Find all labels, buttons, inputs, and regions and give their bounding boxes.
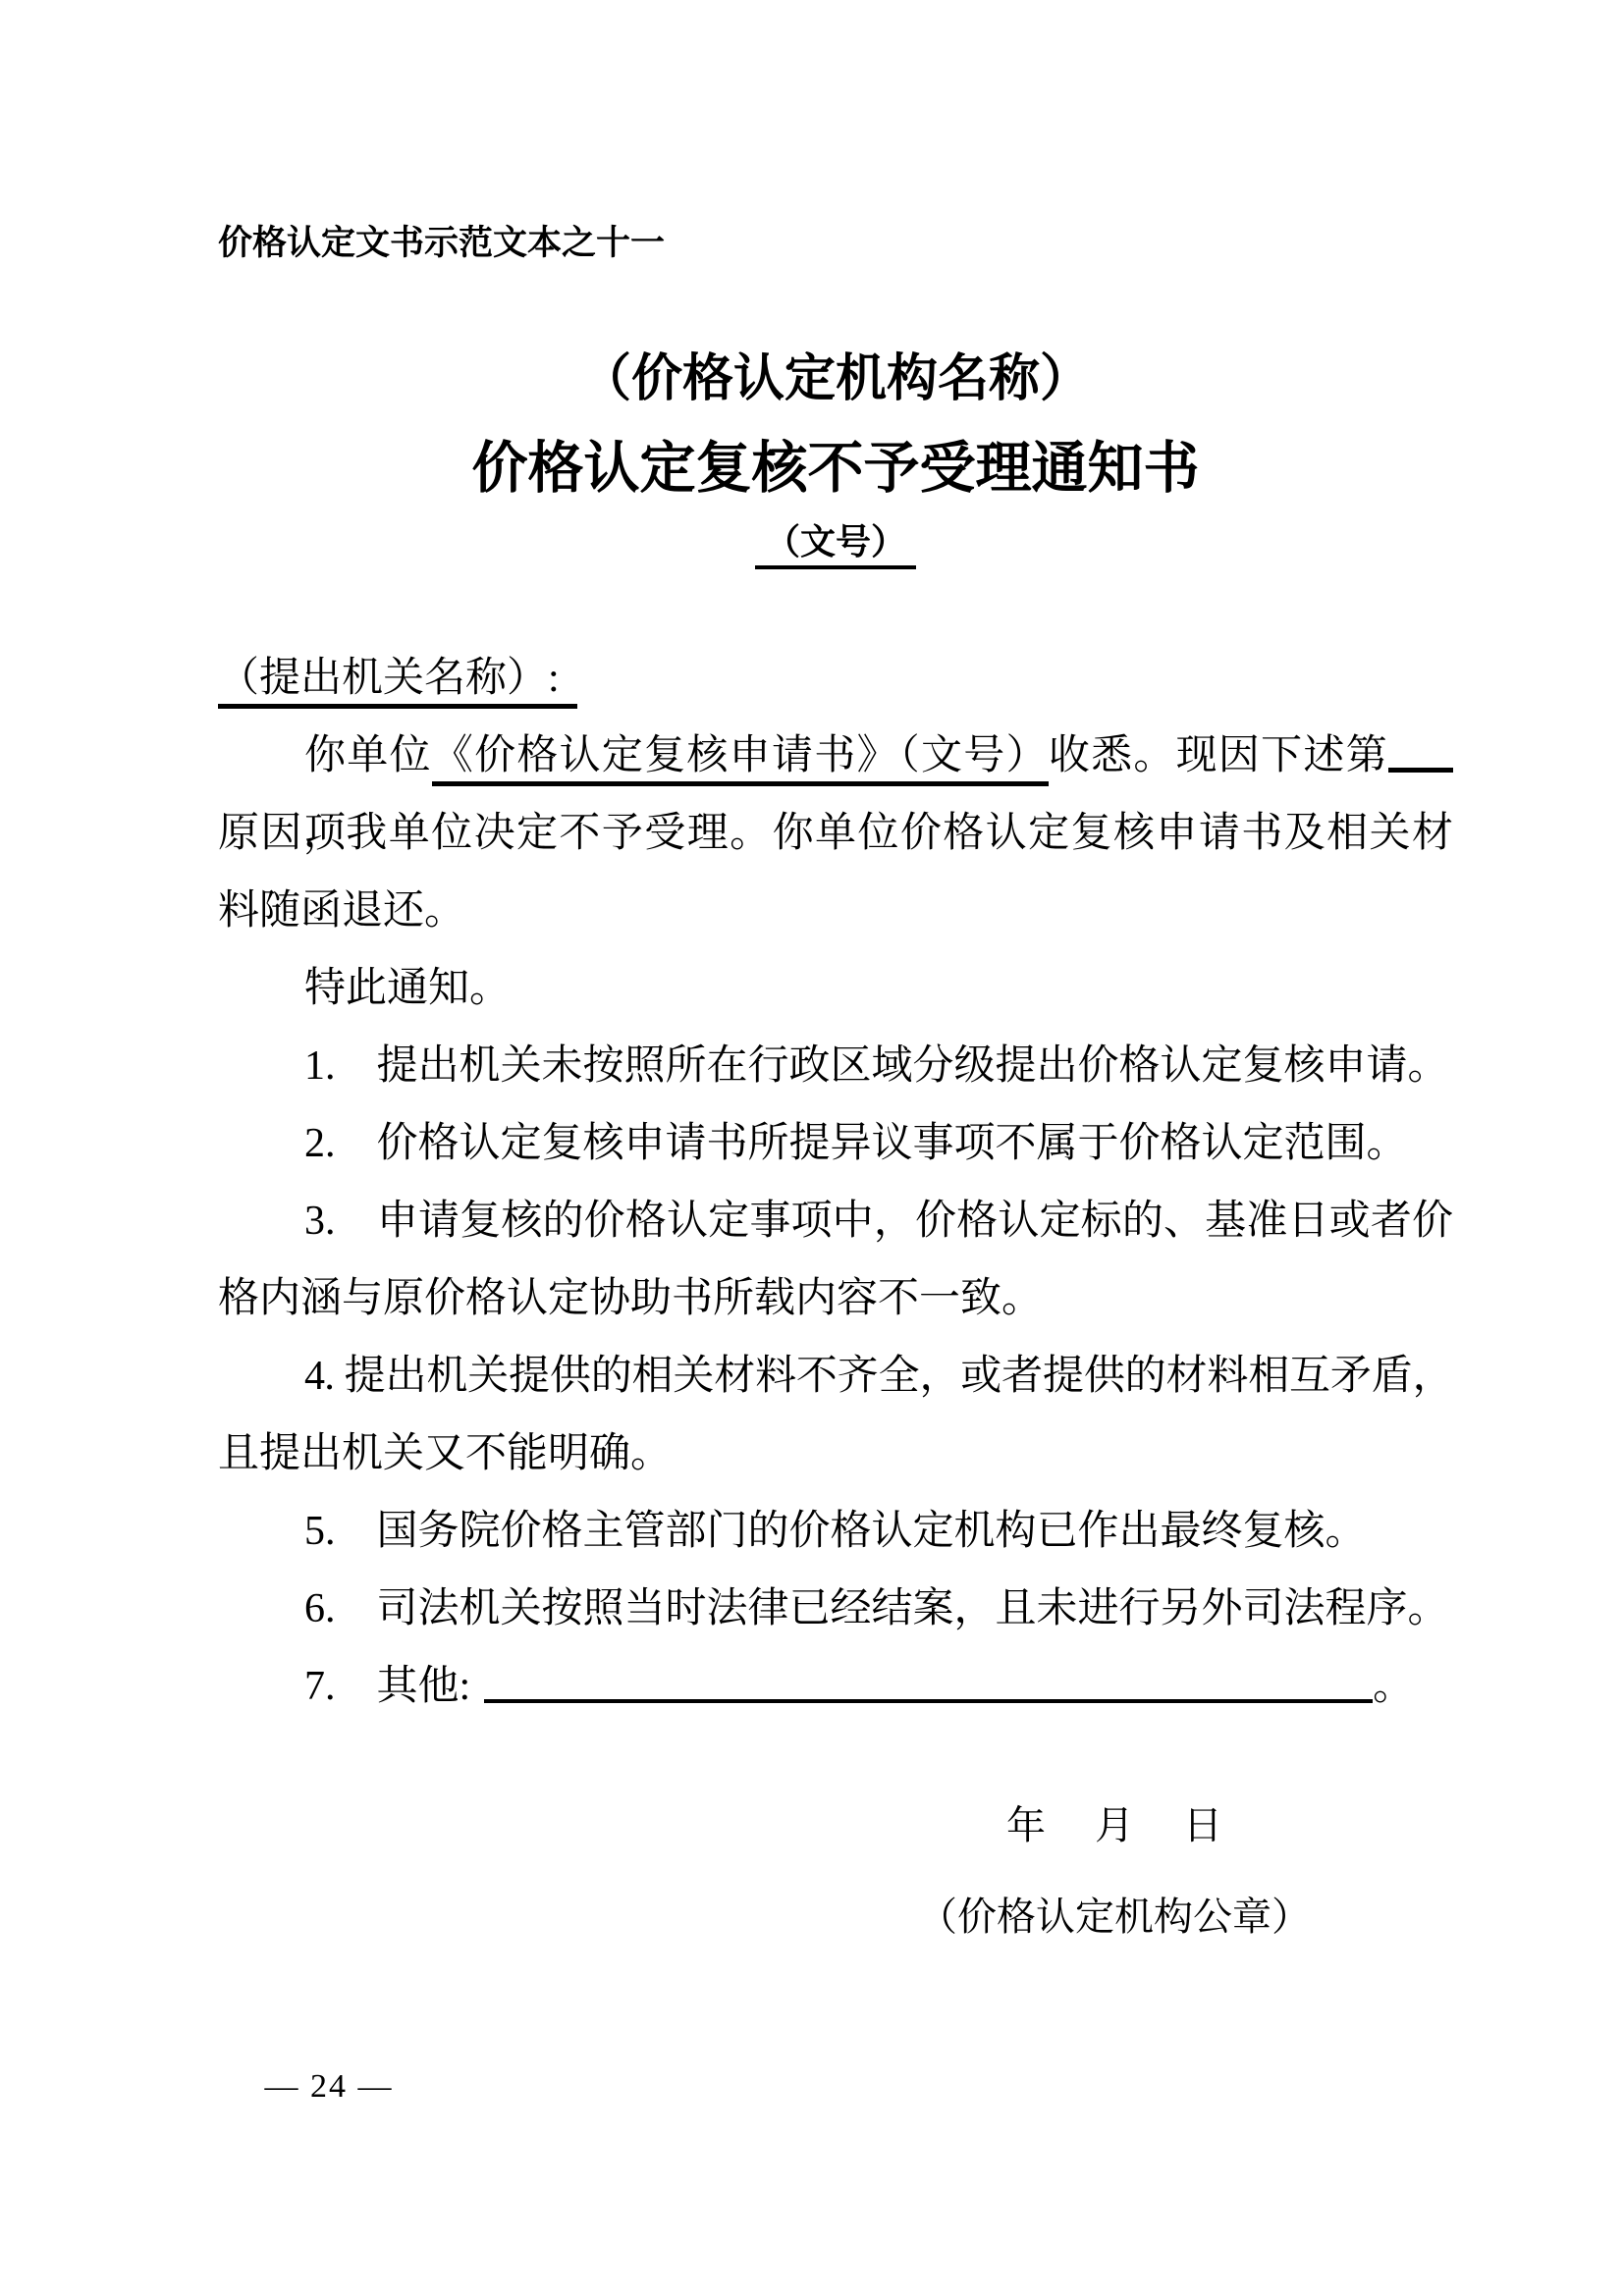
- salutation-line: （提出机关名称）:: [218, 640, 1453, 718]
- reason-5: 5. 国务院价格主管部门的价格认定机构已作出最终复核。: [218, 1493, 1453, 1571]
- page-number: — 24 —: [236, 2067, 422, 2107]
- seal-line: （价格认定机构公章）: [918, 1871, 1311, 1962]
- reason-4-line1: 4. 提出机关提供的相关材料不齐全，或者提供的材料相互矛盾，: [218, 1338, 1453, 1415]
- doc-title: 价格认定复核不予受理通知书: [218, 436, 1453, 503]
- reason-1: 1. 提出机关未按照所在行政区域分级提出价格认定复核申请。: [218, 1028, 1453, 1105]
- para1-line1: 你单位《价格认定复核申请书》（文号）收悉。现因下述第项: [218, 718, 1453, 795]
- item-number-blank: [1388, 766, 1453, 773]
- doc-number-placeholder: （文号）: [755, 522, 916, 569]
- doc-number-line: （文号）: [218, 518, 1453, 565]
- para1-line2: 原因，我单位决定不予受理。你单位价格认定复核申请书及相关材: [218, 795, 1453, 873]
- other-reason-blank: [484, 1697, 1373, 1703]
- para1-line3: 料随函退还。: [218, 873, 1453, 950]
- reason-7-period: 。: [1373, 1664, 1414, 1709]
- document-body: （提出机关名称）: 你单位《价格认定复核申请书》（文号）收悉。现因下述第项 原因…: [218, 640, 1453, 1726]
- date-line: 年 月 日: [918, 1780, 1311, 1871]
- reason-4-line2: 且提出机关又不能明确。: [218, 1415, 1453, 1493]
- notice-line: 特此通知。: [218, 950, 1453, 1028]
- reason-7: 7. 其他:。: [218, 1648, 1453, 1726]
- reason-6: 6. 司法机关按照当时法律已经结案，且未进行另外司法程序。: [218, 1571, 1453, 1648]
- document-page: 价格认定文书示范文本之十一 （价格认定机构名称） 价格认定复核不予受理通知书 （…: [0, 0, 1623, 2296]
- para1-lead: 你单位: [304, 733, 432, 778]
- reason-3-line1: 3. 申请复核的价格认定事项中，价格认定标的、基准日或者价: [218, 1183, 1453, 1260]
- reason-7-label: 7. 其他:: [304, 1664, 470, 1709]
- title-org-name-placeholder: （价格认定机构名称）: [218, 349, 1453, 410]
- signature-block: 年 月 日 （价格认定机构公章）: [918, 1780, 1311, 1962]
- reason-3-line2: 格内涵与原价格认定协助书所载内容不一致。: [218, 1260, 1453, 1338]
- doc-series-label: 价格认定文书示范文本之十一: [218, 224, 1453, 263]
- para1-mid: 收悉。现因下述第: [1049, 733, 1388, 778]
- reason-2: 2. 价格认定复核申请书所提异议事项不属于价格认定范围。: [218, 1105, 1453, 1183]
- cited-document-title: 《价格认定复核申请书》（文号）: [432, 733, 1049, 786]
- recipient-org-placeholder: （提出机关名称）:: [218, 656, 577, 709]
